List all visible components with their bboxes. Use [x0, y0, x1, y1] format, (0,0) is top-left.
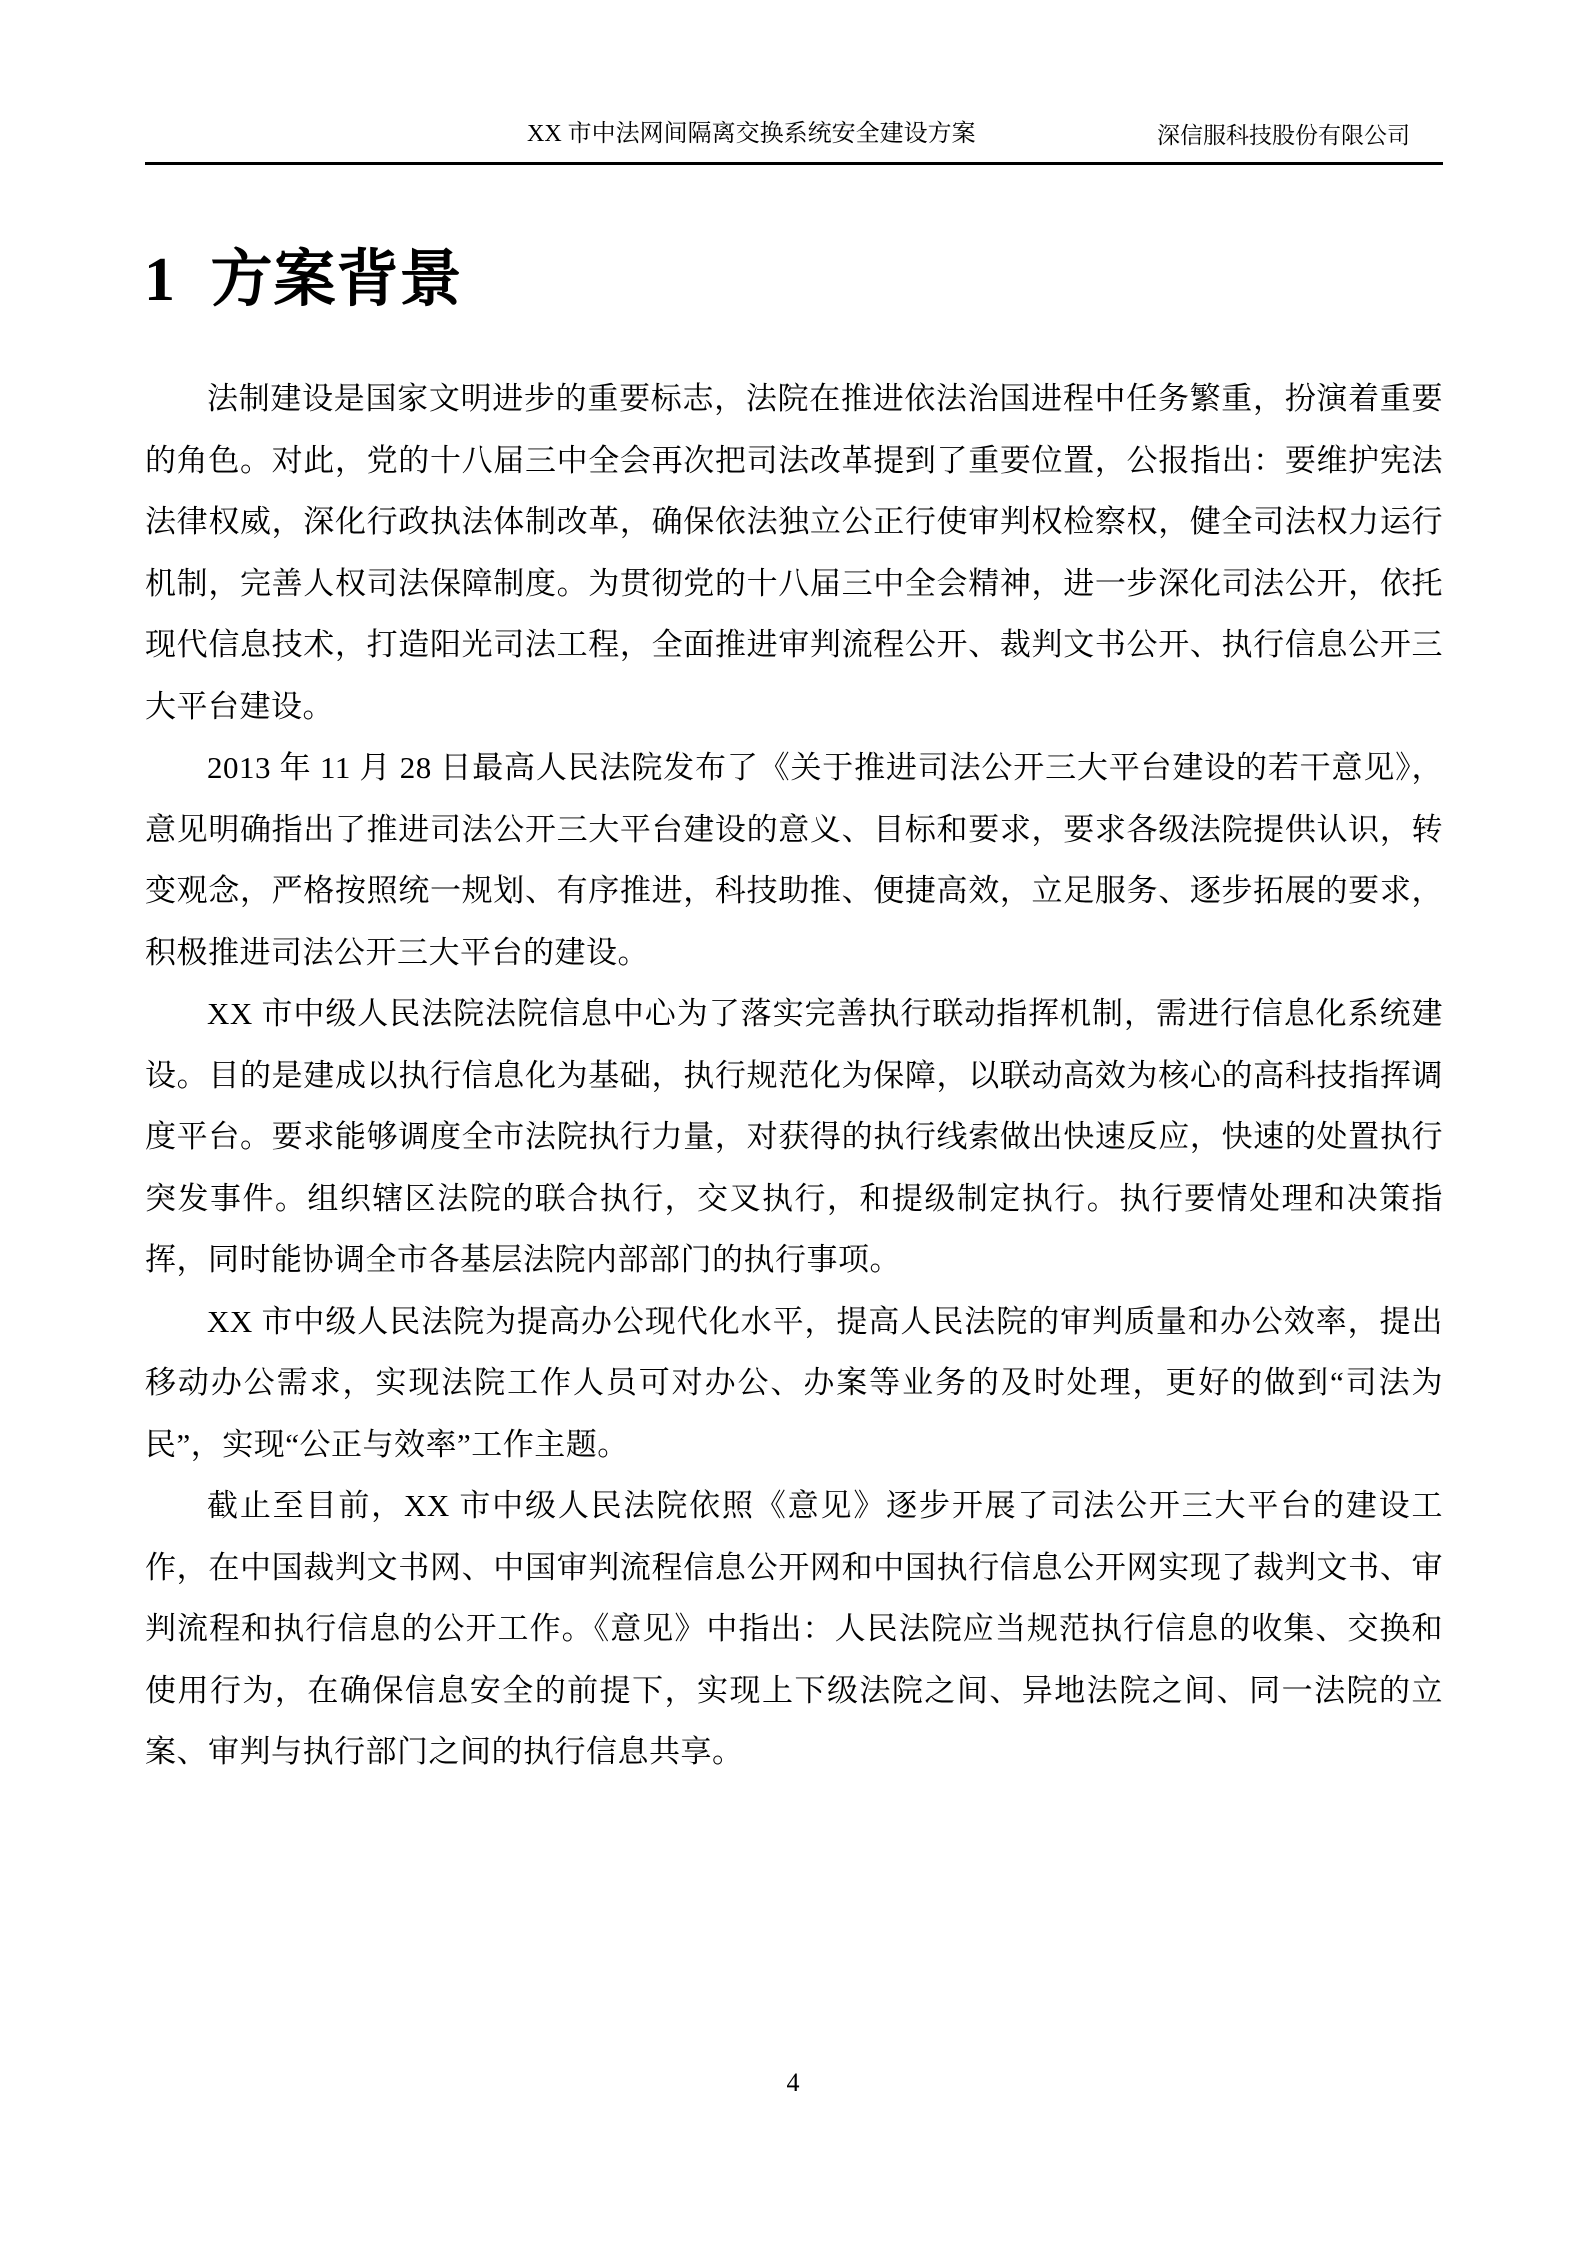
paragraph-5: 截止至目前，XX 市中级人民法院依照《意见》逐步开展了司法公开三大平台的建设工作…	[145, 1475, 1443, 1783]
page-footer: 4	[0, 2070, 1586, 2096]
paragraph-2: 2013 年 11 月 28 日最高人民法院发布了《关于推进司法公开三大平台建设…	[145, 737, 1443, 983]
document-page: XX 市中法网间隔离交换系统安全建设方案 深信服科技股份有限公司 1 方案背景 …	[0, 0, 1586, 2245]
paragraph-4: XX 市中级人民法院为提高办公现代化水平，提高人民法院的审判质量和办公效率，提出…	[145, 1291, 1443, 1476]
header-divider	[145, 162, 1443, 165]
document-body: 法制建设是国家文明进步的重要标志，法院在推进依法治国进程中任务繁重，扮演着重要的…	[145, 368, 1443, 1783]
paragraph-3: XX 市中级人民法院法院信息中心为了落实完善执行联动指挥机制，需进行信息化系统建…	[145, 983, 1443, 1291]
header-doc-title: XX 市中法网间隔离交换系统安全建设方案	[527, 122, 976, 146]
page-number: 4	[787, 2068, 800, 2097]
header-company-name: 深信服科技股份有限公司	[1157, 124, 1410, 147]
paragraph-1: 法制建设是国家文明进步的重要标志，法院在推进依法治国进程中任务繁重，扮演着重要的…	[145, 368, 1443, 737]
section-heading: 1 方案背景	[144, 243, 463, 317]
